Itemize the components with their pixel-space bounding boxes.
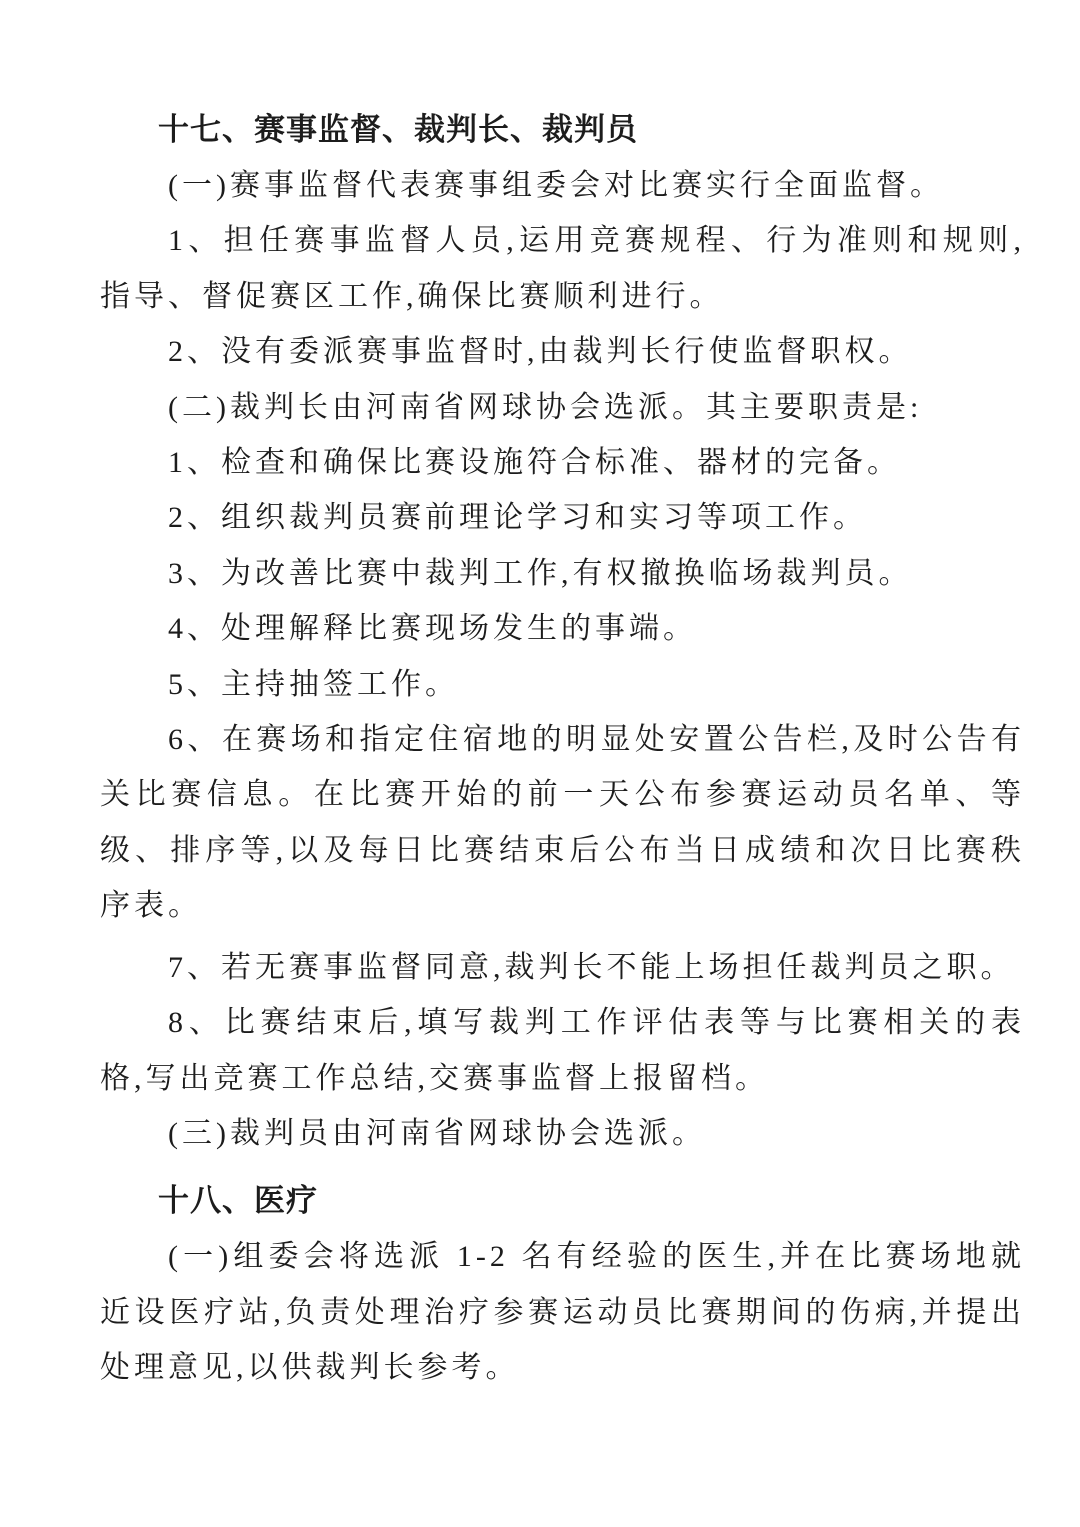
para-17-duty-4: 4、处理解释比赛现场发生的事端。 (100, 601, 1025, 656)
para-17-supervisor-item-2: 2、没有委派赛事监督时,由裁判长行使监督职权。 (100, 324, 1025, 379)
para-17-overview-1: (一)赛事监督代表赛事组委会对比赛实行全面监督。 (100, 158, 1025, 213)
para-17-chief-referee-intro: (二)裁判长由河南省网球协会选派。其主要职责是: (100, 380, 1025, 435)
para-17-duty-1: 1、检查和确保比赛设施符合标准、器材的完备。 (100, 435, 1025, 490)
para-18-medical-1: (一)组委会将选派 1-2 名有经验的医生,并在比赛场地就近设医疗站,负责处理治… (100, 1229, 1025, 1395)
para-17-duty-7: 7、若无赛事监督同意,裁判长不能上场担任裁判员之职。 (100, 940, 1025, 995)
para-17-duty-2: 2、组织裁判员赛前理论学习和实习等项工作。 (100, 490, 1025, 545)
heading-section-17: 十七、赛事监督、裁判长、裁判员 (100, 103, 1025, 158)
para-17-duty-3: 3、为改善比赛中裁判工作,有权撤换临场裁判员。 (100, 546, 1025, 601)
para-17-duty-8: 8、比赛结束后,填写裁判工作评估表等与比赛相关的表格,写出竞赛工作总结,交赛事监… (100, 995, 1025, 1106)
para-17-supervisor-item-1: 1、担任赛事监督人员,运用竞赛规程、行为准则和规则,指导、督促赛区工作,确保比赛… (100, 213, 1025, 324)
document-content: 十七、赛事监督、裁判长、裁判员 (一)赛事监督代表赛事组委会对比赛实行全面监督。… (0, 0, 1080, 1396)
document-page: 十七、赛事监督、裁判长、裁判员 (一)赛事监督代表赛事组委会对比赛实行全面监督。… (0, 0, 1080, 1527)
para-17-referees-source: (三)裁判员由河南省网球协会选派。 (100, 1106, 1025, 1161)
para-17-duty-5: 5、主持抽签工作。 (100, 657, 1025, 712)
heading-section-18: 十八、医疗 (100, 1174, 1025, 1229)
para-17-duty-6: 6、在赛场和指定住宿地的明显处安置公告栏,及时公告有关比赛信息。在比赛开始的前一… (100, 712, 1025, 934)
